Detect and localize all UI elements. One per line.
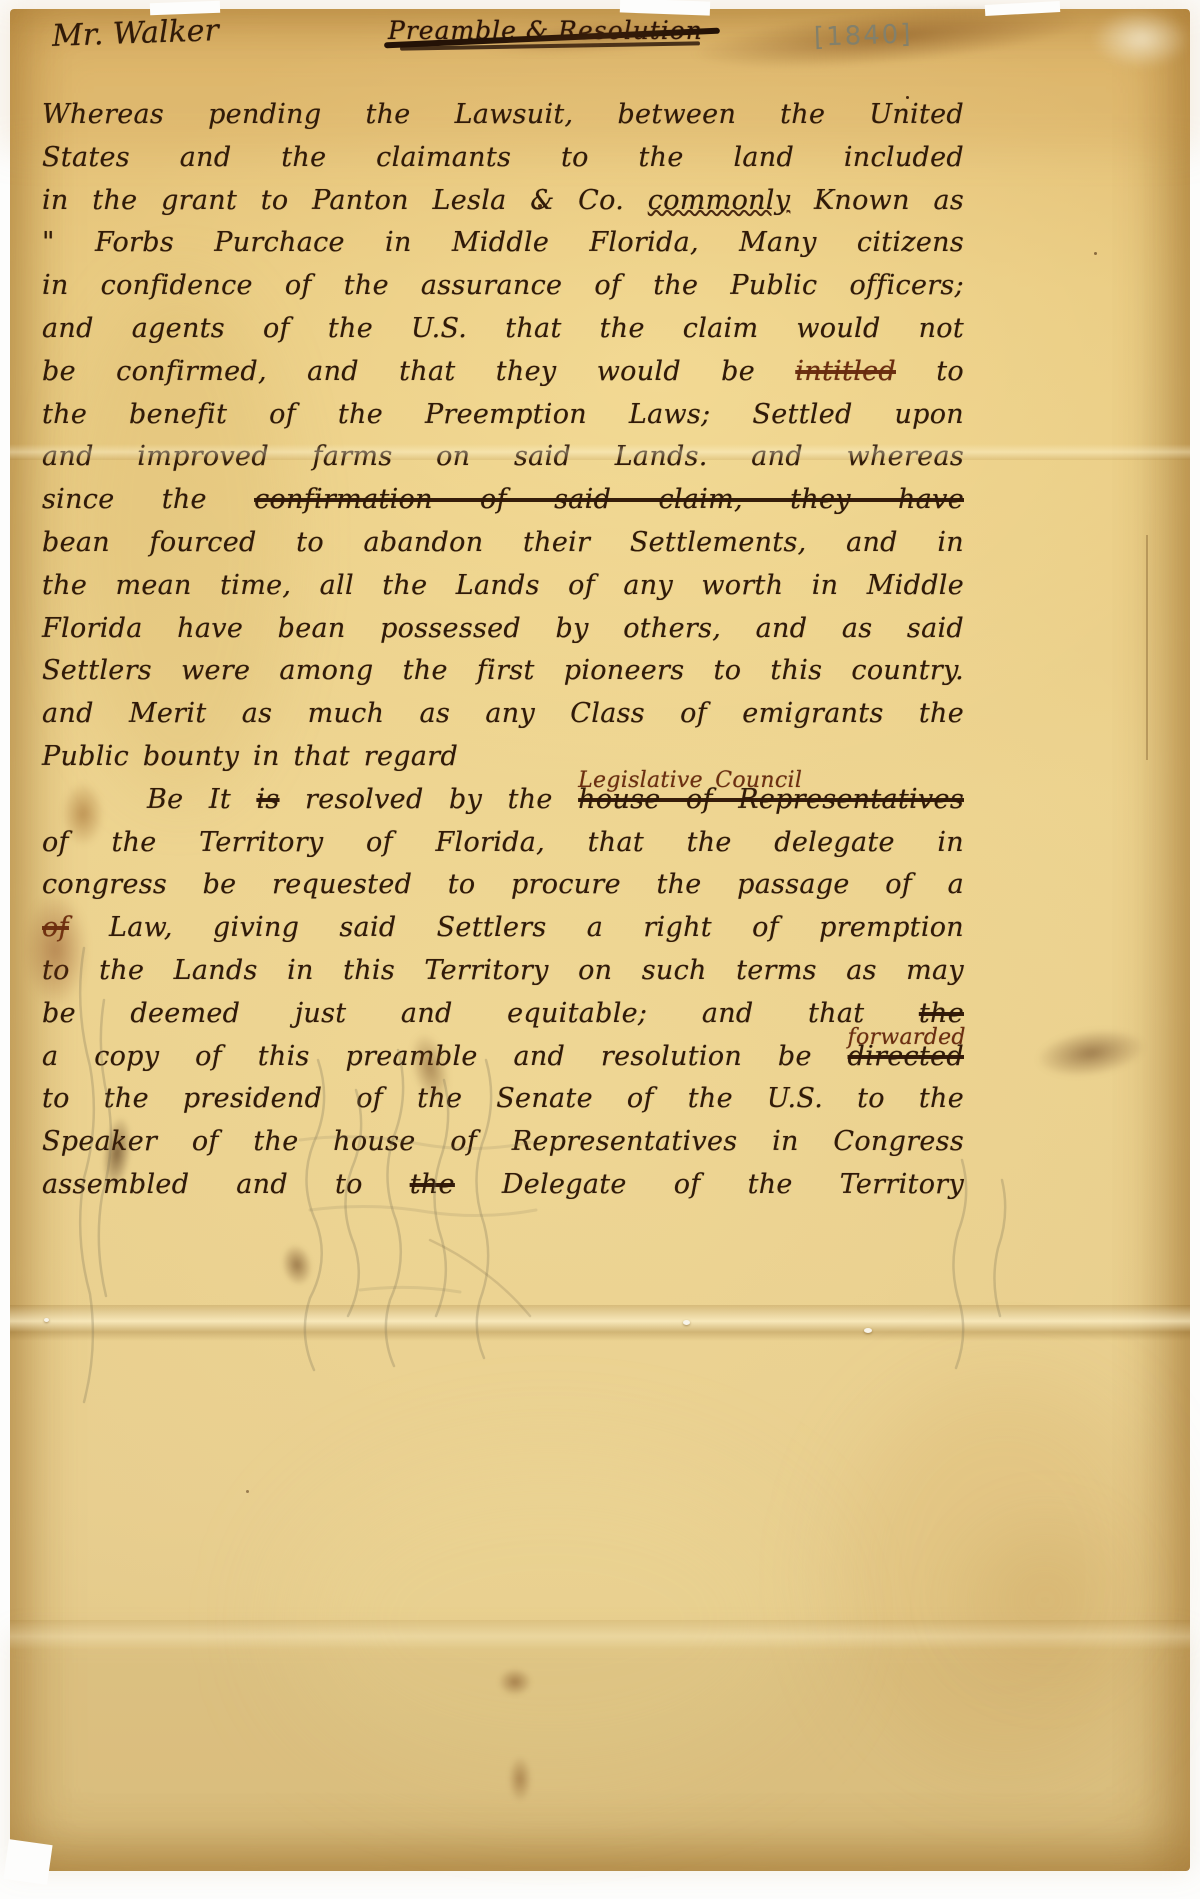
- struck-heading: Preamble & Resolution: [388, 14, 703, 48]
- manuscript-text: Be It: [147, 784, 256, 815]
- manuscript-text: Settlers were among the first pioneers t…: [42, 655, 964, 686]
- manuscript-line: and agents of the U.S. that the claim wo…: [42, 308, 964, 351]
- manuscript-text: to the Lands in this Territory on such t…: [42, 955, 964, 986]
- manuscript-text: Law, giving said Settlers a right of pre…: [69, 912, 964, 943]
- manuscript-line: Be It is resolved by the Legislative Cou…: [42, 779, 964, 822]
- manuscript-line: the mean time, all the Lands of any wort…: [42, 565, 964, 608]
- manuscript-line: States and the claimants to the land inc…: [42, 137, 964, 180]
- manuscript-line: since the confirmation of said claim, th…: [42, 479, 964, 522]
- manuscript-text: a copy of this preamble and resolution b…: [42, 1041, 848, 1072]
- struck-text: confirmation of said claim, they have: [254, 484, 964, 515]
- manuscript-line: and Merit as much as any Class of emigra…: [42, 693, 964, 736]
- manuscript-text: since the: [42, 484, 254, 515]
- manuscript-line: Public bounty in that regard: [42, 736, 964, 779]
- manuscript-line: of Law, giving said Settlers a right of …: [42, 907, 964, 950]
- manuscript-text: commonly: [648, 185, 791, 216]
- addressee-note: Mr. Walker: [51, 13, 219, 55]
- manuscript-text: congress be requested to procure the pas…: [42, 869, 964, 900]
- manuscript-line: and improved farms on said Lands. and wh…: [42, 436, 964, 479]
- manuscript-line: assembled and to the Delegate of the Ter…: [42, 1164, 964, 1207]
- manuscript-text: of the Territory of Florida, that the de…: [42, 827, 964, 858]
- manuscript-line: in confidence of the assurance of the Pu…: [42, 265, 964, 308]
- manuscript-line: bean fourced to abandon their Settlement…: [42, 522, 964, 565]
- manuscript-text: be confirmed, and that they would be: [42, 356, 795, 387]
- manuscript-text: the mean time, all the Lands of any wort…: [42, 570, 964, 601]
- struck-text: of: [42, 912, 69, 943]
- manuscript-line: congress be requested to procure the pas…: [42, 864, 964, 907]
- manuscript-text: Known as: [790, 185, 964, 216]
- manuscript-text: bean fourced to abandon their Settlement…: [42, 527, 964, 558]
- manuscript-text: in confidence of the assurance of the Pu…: [42, 270, 964, 301]
- struck-text: the: [410, 1169, 455, 1200]
- struck-text: is: [256, 784, 279, 815]
- manuscript-line: to the Lands in this Territory on such t…: [42, 950, 964, 993]
- manuscript-line: of the Territory of Florida, that the de…: [42, 822, 964, 865]
- manuscript-text: Delegate of the Territory: [455, 1169, 964, 1200]
- manuscript-text: and agents of the U.S. that the claim wo…: [42, 313, 964, 344]
- body-text: Whereas pending the Lawsuit, between the…: [42, 94, 964, 1207]
- manuscript-line: be deemed just and equitable; and that t…: [42, 993, 964, 1036]
- manuscript-line: to the presidend of the Senate of the U.…: [42, 1078, 964, 1121]
- manuscript-line: Speaker of the house of Representatives …: [42, 1121, 964, 1164]
- manuscript-text: and improved farms on said Lands. and wh…: [42, 441, 964, 472]
- manuscript-text: to: [896, 356, 964, 387]
- manuscript-line: Whereas pending the Lawsuit, between the…: [42, 94, 964, 137]
- manuscript-text: Public bounty in that regard: [42, 741, 458, 772]
- manuscript-text: to the presidend of the Senate of the U.…: [42, 1083, 964, 1114]
- manuscript-line: in the grant to Panton Lesla & Co. commo…: [42, 180, 964, 223]
- manuscript-text: the benefit of the Preemption Laws; Sett…: [42, 399, 964, 430]
- manuscript-text: Speaker of the house of Representatives …: [42, 1126, 964, 1157]
- manuscript-text: assembled and to: [42, 1169, 410, 1200]
- struck-text: intitled: [795, 356, 896, 387]
- manuscript-scan: Mr. Walker Preamble & Resolution [1840] …: [0, 0, 1200, 1899]
- manuscript-text: Florida have bean possessed by others, a…: [42, 613, 964, 644]
- manuscript-text: resolved by the: [280, 784, 579, 815]
- manuscript-text: and Merit as much as any Class of emigra…: [42, 698, 964, 729]
- manuscript-line: be confirmed, and that they would be int…: [42, 351, 964, 394]
- manuscript-line: " Forbs Purchace in Middle Florida, Many…: [42, 222, 964, 265]
- manuscript-text: be deemed just and equitable; and that: [42, 998, 919, 1029]
- manuscript-line: the benefit of the Preemption Laws; Sett…: [42, 394, 964, 437]
- manuscript-text: in the grant to Panton Lesla & Co.: [42, 185, 648, 216]
- manuscript-line: a copy of this preamble and resolution b…: [42, 1036, 964, 1079]
- manuscript-text: " Forbs Purchace in Middle Florida, Many…: [42, 227, 964, 258]
- manuscript-text: States and the claimants to the land inc…: [42, 142, 964, 173]
- manuscript-text: Whereas pending the Lawsuit, between the…: [42, 99, 964, 130]
- manuscript-line: Settlers were among the first pioneers t…: [42, 650, 964, 693]
- archival-date-pencil: [1840]: [813, 18, 913, 53]
- manuscript-line: Florida have bean possessed by others, a…: [42, 608, 964, 651]
